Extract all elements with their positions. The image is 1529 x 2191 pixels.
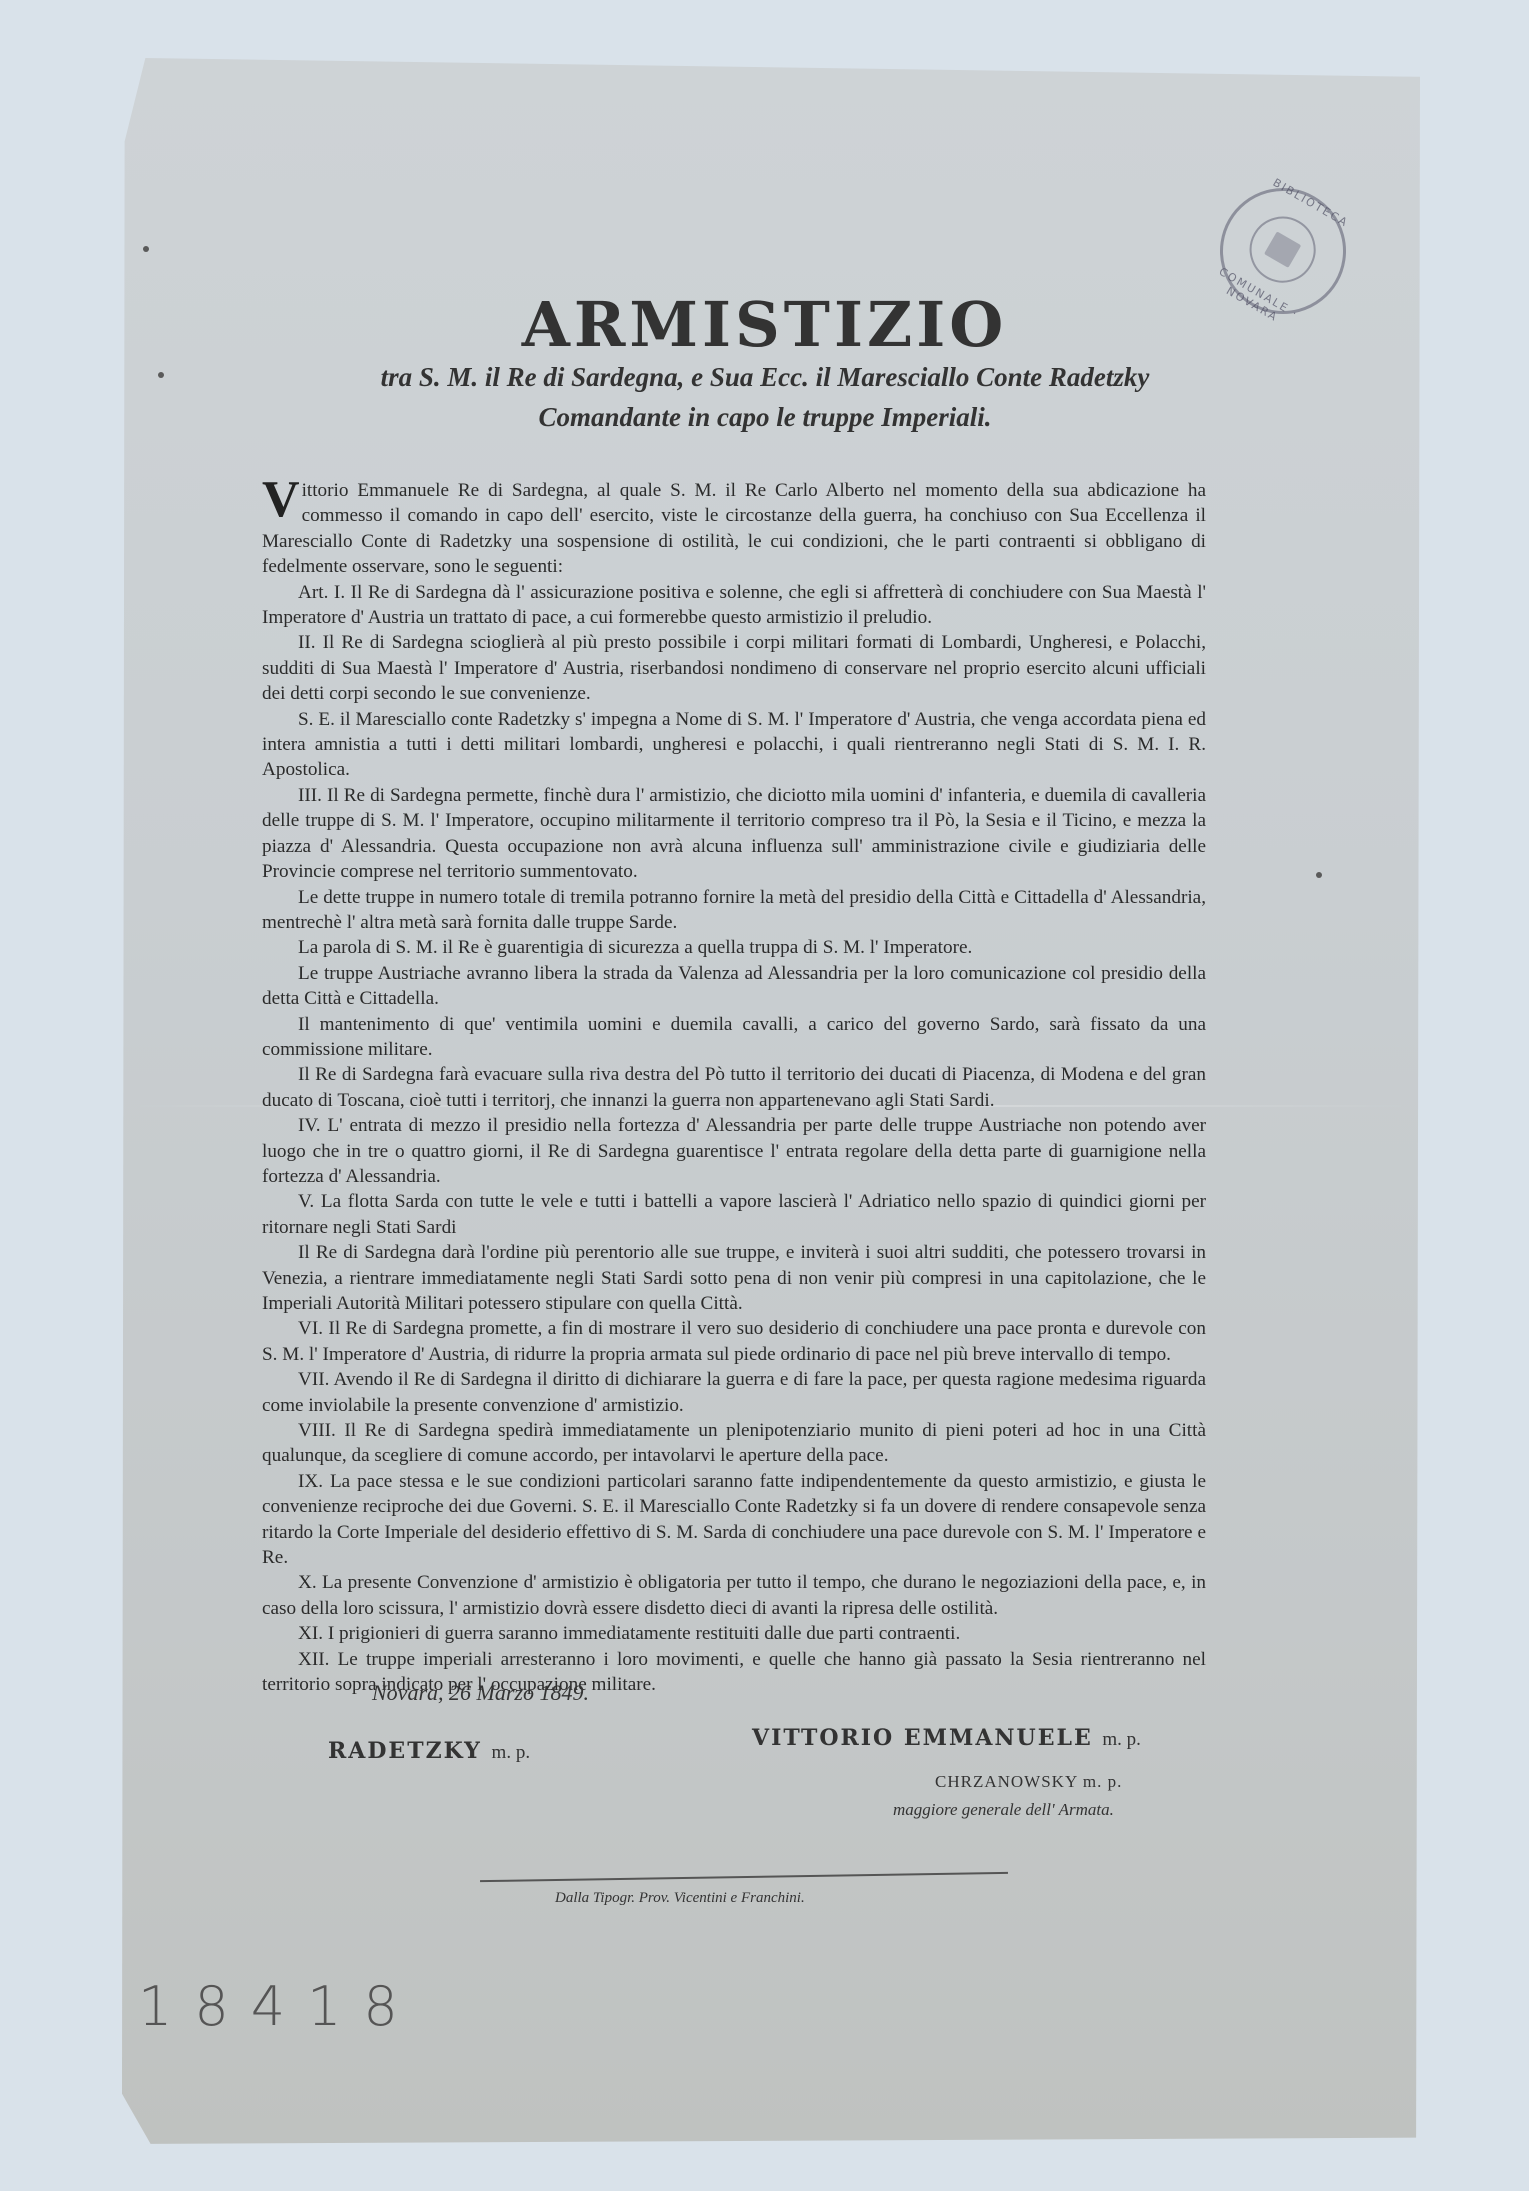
paragraph: La parola di S. M. il Re è guarentigia d… — [262, 935, 1206, 960]
drop-cap: V — [262, 480, 300, 520]
paragraph: Le dette truppe in numero totale di trem… — [262, 885, 1206, 936]
signature-role: maggiore generale dell' Armata. — [893, 1800, 1114, 1820]
article-2: II. Il Re di Sardegna scioglierà al più … — [262, 630, 1206, 706]
article-5: V. La flotta Sarda con tutte le vele e t… — [262, 1189, 1206, 1240]
article-7: VII. Avendo il Re di Sardegna il diritto… — [262, 1367, 1206, 1418]
article-3: III. Il Re di Sardegna permette, finchè … — [262, 783, 1206, 885]
signature-suffix: m. p. — [492, 1742, 531, 1763]
signature-suffix: m. p. — [1102, 1729, 1141, 1750]
paragraph: S. E. il Maresciallo conte Radetzky s' i… — [262, 707, 1206, 783]
coat-of-arms-icon — [1264, 231, 1301, 268]
signature-name: VITTORIO EMMANUELE — [752, 1725, 1093, 1751]
article-4: IV. L' entrata di mezzo il presidio nell… — [262, 1113, 1206, 1189]
paragraph: Il mantenimento di que' ventimila uomini… — [262, 1012, 1206, 1063]
article-11: XI. I prigionieri di guerra saranno imme… — [262, 1621, 1206, 1646]
printer-imprint: Dalla Tipogr. Prov. Vicentini e Franchin… — [555, 1890, 805, 1907]
subtitle-line-1: tra S. M. il Re di Sardegna, e Sua Ecc. … — [270, 358, 1260, 396]
article-8: VIII. Il Re di Sardegna spedirà immediat… — [262, 1418, 1206, 1469]
article-6: VI. Il Re di Sardegna promette, a fin di… — [262, 1316, 1206, 1367]
pin-hole — [158, 372, 164, 378]
subtitle-line-2: Comandante in capo le truppe Imperiali. — [270, 398, 1260, 436]
handwritten-inventory-number: 18418 — [138, 1975, 420, 2038]
divider-rule — [480, 1872, 1008, 1882]
paragraph: Le truppe Austriache avranno libera la s… — [262, 961, 1206, 1012]
article-10: X. La presente Convenzione d' armistizio… — [262, 1570, 1206, 1621]
document-body: Vittorio Emmanuele Re di Sardegna, al qu… — [262, 478, 1206, 1698]
paragraph: Il Re di Sardegna darà l'ordine più pere… — [262, 1240, 1206, 1316]
article-9: IX. La pace stessa e le sue condizioni p… — [262, 1469, 1206, 1571]
document-title: ARMISTIZIO — [0, 288, 1529, 361]
signature-name: RADETZKY — [328, 1738, 482, 1764]
article-1: Art. I. Il Re di Sardegna dà l' assicura… — [262, 580, 1206, 631]
paragraph-intro: Vittorio Emmanuele Re di Sardegna, al qu… — [262, 478, 1206, 580]
date-line: Novara, 26 Marzo 1849. — [372, 1680, 589, 1706]
document: BIBLIOTECA COMUNALE · NOVARA ARMISTIZIO … — [0, 0, 1529, 2191]
pin-hole — [143, 246, 149, 252]
signature-radetzky: RADETZKY m. p. — [328, 1738, 530, 1764]
paragraph: Il Re di Sardegna farà evacuare sulla ri… — [262, 1062, 1206, 1113]
signature-vittorio-emmanuele: VITTORIO EMMANUELE m. p. — [752, 1725, 1141, 1751]
signature-chrzanowsky: CHRZANOWSKY m. p. — [935, 1772, 1122, 1792]
pin-hole — [1316, 872, 1322, 878]
